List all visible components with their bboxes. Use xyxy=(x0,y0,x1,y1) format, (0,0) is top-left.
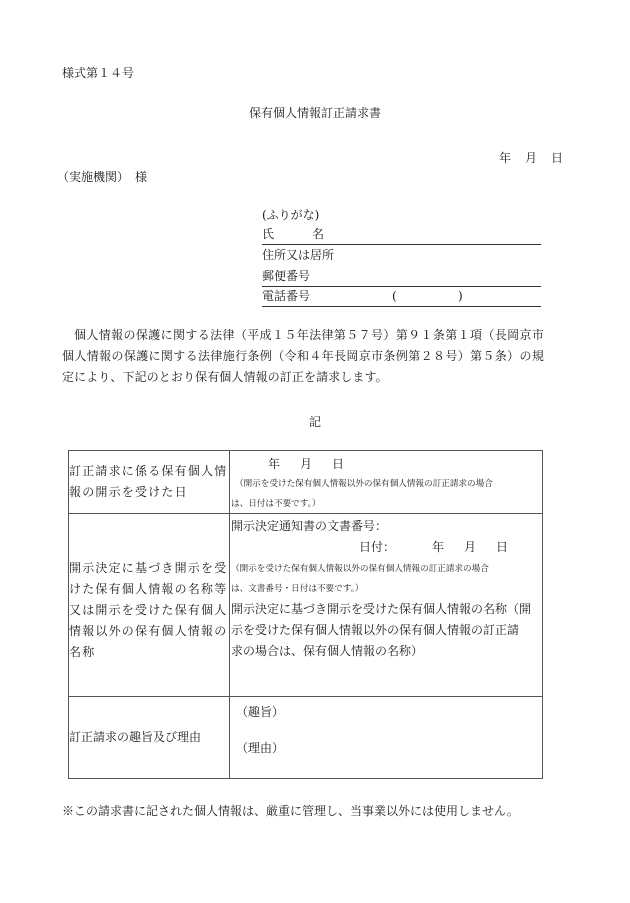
correction-purpose-reason-label: 訂正請求の趣旨及び理由 xyxy=(69,697,230,779)
disclosed-info-note-1: （開示を受けた保有個人情報以外の保有個人情報の訂正請求の場合 xyxy=(231,562,489,574)
notice-date-label: 日付： xyxy=(359,538,395,555)
postal-code-field[interactable]: 郵便番号 xyxy=(262,268,541,287)
name-label-2: 名 xyxy=(312,227,324,241)
disclosure-date-cell[interactable]: 年 月 日 （開示を受けた保有個人情報以外の保有個人情報の訂正請求の場合 は、日… xyxy=(230,451,543,514)
request-detail-table: 訂正請求に係る保有個人情 報の開示を受けた日 年 月 日 （開示を受けた保有個人… xyxy=(68,450,543,779)
addressee: （実施機関） 様 xyxy=(57,168,147,185)
info-name-instruction-3: 求の場合は、保有個人情報の名称） xyxy=(231,642,423,659)
document-number-label: 開示決定通知書の文書番号： xyxy=(231,517,387,534)
purpose-label: （趣旨） xyxy=(236,703,284,720)
disclosure-date-note-1: （開示を受けた保有個人情報以外の保有個人情報の訂正請求の場合 xyxy=(235,477,493,489)
postal-label: 郵便番号 xyxy=(262,269,310,283)
notice-date-value: 年 月 日 xyxy=(432,538,512,555)
label-line: 又は開示を受けた保有個人 xyxy=(69,600,229,621)
furigana-field[interactable]: (ふりがな) xyxy=(262,207,541,223)
name-label-1: 氏 xyxy=(262,227,274,241)
date-month-label: 月 xyxy=(525,149,537,166)
request-date[interactable]: 年月日 xyxy=(499,149,563,166)
address-label: 住所又は居所 xyxy=(262,248,334,262)
ki-heading: 記 xyxy=(0,413,630,430)
label-line: 情報以外の保有個人情報の xyxy=(69,621,229,642)
phone-field[interactable]: 電話番号() xyxy=(262,288,541,307)
disclosed-info-name-cell[interactable]: 開示決定通知書の文書番号： 日付： 年 月 日 （開示を受けた保有個人情報以外の… xyxy=(230,514,543,697)
address-field[interactable]: 住所又は居所 xyxy=(262,247,541,265)
table-row: 訂正請求に係る保有個人情 報の開示を受けた日 年 月 日 （開示を受けた保有個人… xyxy=(69,451,543,514)
correction-purpose-reason-cell[interactable]: （趣旨） （理由） xyxy=(230,697,543,779)
disclosure-date-label: 訂正請求に係る保有個人情 報の開示を受けた日 xyxy=(69,451,230,514)
table-row: 訂正請求の趣旨及び理由 （趣旨） （理由） xyxy=(69,697,543,779)
date-day-label: 日 xyxy=(551,149,563,166)
disclosure-date-value: 年 月 日 xyxy=(268,455,348,472)
label-line: 訂正請求に係る保有個人情 xyxy=(69,461,229,482)
disclosed-info-name-label: 開示決定に基づき開示を受 けた保有個人情報の名称等 又は開示を受けた保有個人 情… xyxy=(69,514,230,697)
label-line: 開示決定に基づき開示を受 xyxy=(69,558,229,579)
request-statement: 個人情報の保護に関する法律（平成１５年法律第５７号）第９１条第１項（長岡京市個人… xyxy=(62,325,544,388)
reason-label: （理由） xyxy=(236,739,284,756)
phone-area-paren-close: ) xyxy=(458,288,463,304)
furigana-label: (ふりがな) xyxy=(262,208,319,222)
name-field[interactable]: 氏名 xyxy=(262,226,541,245)
date-year-label: 年 xyxy=(499,149,511,166)
disclosure-date-note-2: は、日付は不要です。） xyxy=(231,497,321,509)
phone-area-paren-open: ( xyxy=(392,288,397,304)
disclosed-info-note-2: は、文書番号・日付は不要です。） xyxy=(231,582,364,594)
form-number: 様式第１４号 xyxy=(62,64,134,81)
phone-label: 電話番号 xyxy=(262,289,310,303)
document-title: 保有個人情報訂正請求書 xyxy=(0,104,630,121)
table-row: 開示決定に基づき開示を受 けた保有個人情報の名称等 又は開示を受けた保有個人 情… xyxy=(69,514,543,697)
info-name-instruction-2: 示を受けた保有個人情報以外の保有個人情報の訂正請 xyxy=(231,621,519,638)
label-line: けた保有個人情報の名称等 xyxy=(69,579,229,600)
label-line: 報の開示を受けた日 xyxy=(69,482,229,503)
label-line: 名称 xyxy=(69,642,229,663)
info-name-instruction-1: 開示決定に基づき開示を受けた保有個人情報の名称（開 xyxy=(231,600,531,617)
privacy-notice: ※この請求書に記された個人情報は、厳重に管理し、当事業以外には使用しません。 xyxy=(62,802,519,819)
